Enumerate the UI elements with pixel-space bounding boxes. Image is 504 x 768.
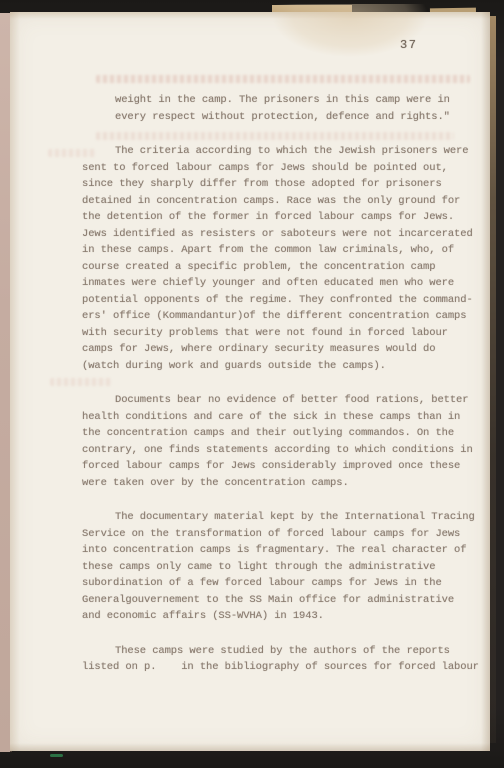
text-line: weight in the camp. The prisoners in thi… <box>82 92 484 109</box>
block-quote: weight in the camp. The prisoners in thi… <box>82 92 484 125</box>
text-line: detained in concentration camps. Race wa… <box>82 193 484 210</box>
text-line: These camps were studied by the authors … <box>82 643 484 660</box>
text-line: camps for Jews, where ordinary security … <box>82 341 484 358</box>
paragraph: These camps were studied by the authors … <box>82 643 484 676</box>
bleed-through-text <box>96 75 470 83</box>
book-page-scan: 37 weight in the camp. The prisoners in … <box>0 0 504 768</box>
text-line: potential opponents of the regime. They … <box>82 292 484 309</box>
text-line: every respect without protection, defenc… <box>82 109 484 126</box>
green-speck-artifact <box>50 754 63 757</box>
typewritten-text-block: weight in the camp. The prisoners in thi… <box>82 92 484 676</box>
text-line: The documentary material kept by the Int… <box>82 509 484 526</box>
next-page-edge-highlight <box>490 16 496 743</box>
text-line: forced labour camps for Jews considerabl… <box>82 458 484 475</box>
text-line: these camps only came to light through t… <box>82 559 484 576</box>
text-line: course created a specific problem, the c… <box>82 259 484 276</box>
text-line: health conditions and care of the sick i… <box>82 409 484 426</box>
text-line: contrary, one finds statements according… <box>82 442 484 459</box>
text-line: the detention of the former in forced la… <box>82 209 484 226</box>
text-line: the concentration camps and their outlyi… <box>82 425 484 442</box>
text-line: Documents bear no evidence of better foo… <box>82 392 484 409</box>
paragraph: The documentary material kept by the Int… <box>82 509 484 625</box>
text-line: inmates were chiefly younger and often e… <box>82 275 484 292</box>
paper-stain <box>250 4 450 104</box>
text-line: Jews identified as resisters or saboteur… <box>82 226 484 243</box>
text-line: (watch during work and guards outside th… <box>82 358 484 375</box>
page-number: 37 <box>400 38 417 52</box>
paragraph: The criteria according to which the Jewi… <box>82 143 484 374</box>
paragraph: Documents bear no evidence of better foo… <box>82 392 484 491</box>
text-line: with security problems that were not fou… <box>82 325 484 342</box>
text-line: Service on the transformation of forced … <box>82 526 484 543</box>
document-page: 37 weight in the camp. The prisoners in … <box>10 12 490 751</box>
text-line: subordination of a few forced labour cam… <box>82 575 484 592</box>
text-line: were taken over by the concentration cam… <box>82 475 484 492</box>
text-line: in these camps. Apart from the common la… <box>82 242 484 259</box>
text-line: sent to forced labour camps for Jews sho… <box>82 160 484 177</box>
text-line: listed on p. in the bibliography of sour… <box>82 659 484 676</box>
text-line: Generalgouvernement to the SS Main offic… <box>82 592 484 609</box>
text-line: into concentration camps is fragmentary.… <box>82 542 484 559</box>
text-line: The criteria according to which the Jewi… <box>82 143 484 160</box>
text-line: and economic affairs (SS-WVHA) in 1943. <box>82 608 484 625</box>
text-line: ers' office (Kommandantur)of the differe… <box>82 308 484 325</box>
text-line: since they sharply differ from those ado… <box>82 176 484 193</box>
